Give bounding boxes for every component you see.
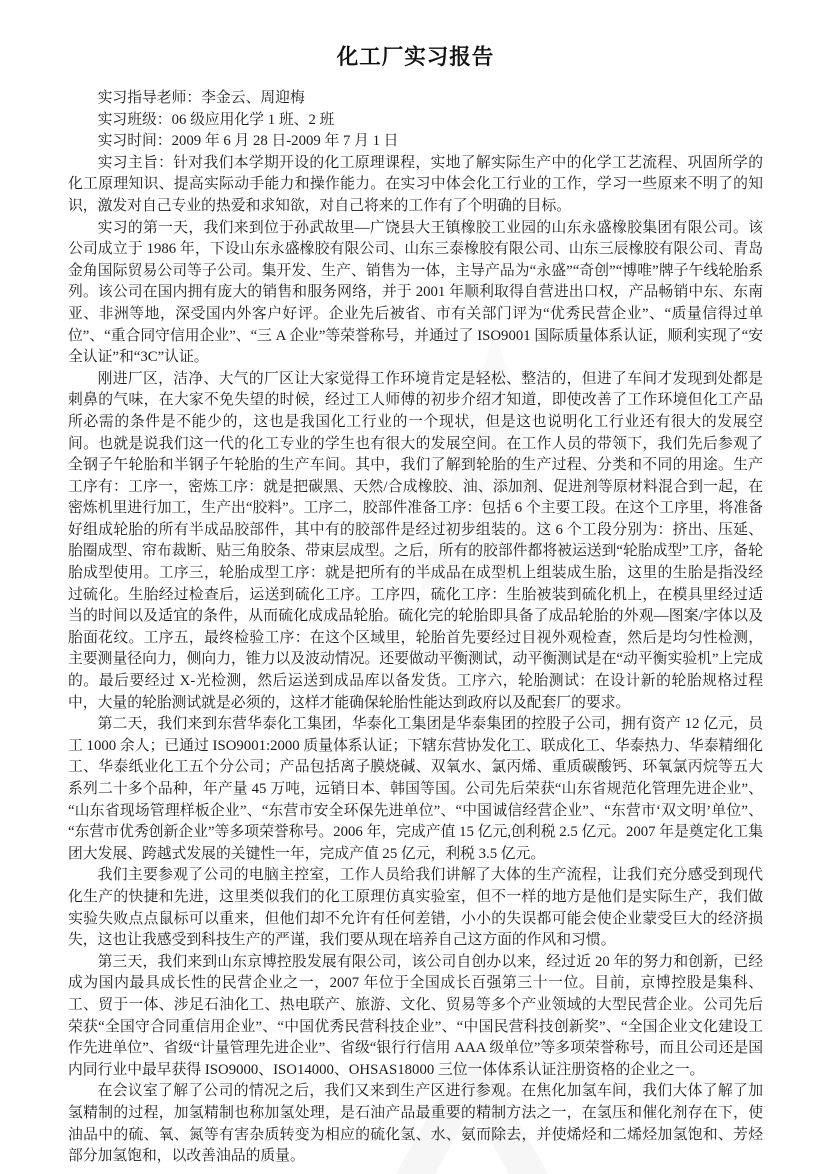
- paragraph: 实习主旨：针对我们本学期开设的化工原理课程，实地了解实际生产中的化学工艺流程、巩…: [68, 153, 763, 218]
- paragraph: 第二天，我们来到东营华泰化工集团，华泰化工集团是华泰集团的控股子公司，拥有资产 …: [68, 714, 763, 865]
- paragraph: 我们主要参观了公司的电脑主控室，工作人员给我们讲解了大体的生产流程，让我们充分感…: [68, 865, 763, 951]
- document-page: 化工厂实习报告 实习指导老师：李金云、周迎梅实习班级：06 级应用化学 1 班、…: [0, 0, 830, 1174]
- meta-lines: 实习指导老师：李金云、周迎梅实习班级：06 级应用化学 1 班、2 班实习时间：…: [68, 88, 763, 153]
- meta-line: 实习班级：06 级应用化学 1 班、2 班: [68, 110, 763, 132]
- paragraph: 刚进厂区，洁净、大气的厂区让大家觉得工作环境肯定是轻松、整洁的，但进了车间才发现…: [68, 369, 763, 715]
- paragraph: 实习的第一天，我们来到位于孙武故里—广饶县大王镇橡胶工业园的山东永盛橡胶集团有限…: [68, 218, 763, 369]
- document-title: 化工厂实习报告: [68, 40, 763, 71]
- paragraph: 在会议室了解了公司的情况之后，我们又来到生产区进行参观。在焦化加氢车间，我们大体…: [68, 1081, 763, 1167]
- meta-line: 实习指导老师：李金云、周迎梅: [68, 88, 763, 110]
- paragraph: 第三天，我们来到山东京博控股发展有限公司，该公司自创办以来，经过近 20 年的努…: [68, 952, 763, 1082]
- document-content: 化工厂实习报告 实习指导老师：李金云、周迎梅实习班级：06 级应用化学 1 班、…: [68, 40, 763, 1168]
- paragraphs: 实习主旨：针对我们本学期开设的化工原理课程，实地了解实际生产中的化学工艺流程、巩…: [68, 153, 763, 1168]
- meta-line: 实习时间：2009 年 6 月 28 日-2009 年 7 月 1 日: [68, 131, 763, 153]
